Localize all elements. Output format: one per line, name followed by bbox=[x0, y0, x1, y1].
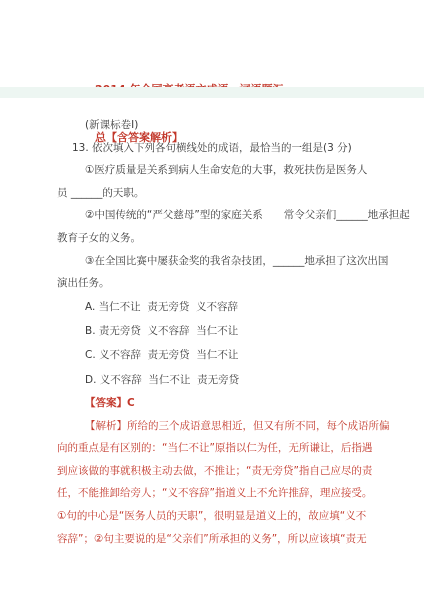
question-item-2-line-2: 教育子女的义务。 bbox=[57, 227, 397, 250]
analysis-line-5: ①句的中心是“医务人员的天职”，很明显是道义上的，故应填“义不 bbox=[57, 505, 397, 528]
question-stem: 13. 依次填入下列各句横线处的成语，最恰当的一组是(3 分) bbox=[57, 137, 397, 160]
analysis-line-3: 到应该做的事就积极主动去做，不推让；“责无旁贷”指自己应尽的责 bbox=[57, 460, 397, 483]
question-body: (新课标卷Ⅰ) 13. 依次填入下列各句横线处的成语，最恰当的一组是(3 分) … bbox=[57, 114, 397, 550]
option-row-d: D. 义不容辞 当仁不让 责无旁贷 bbox=[57, 368, 397, 392]
question-item-1-line-1: ①医疗质量是关系到病人生命安危的大事，救死扶伤是医务人 bbox=[57, 159, 397, 182]
analysis-line-2: 向的重点是有区别的：“当仁不让”原指以仁为任，无所谦让，后指遇 bbox=[57, 437, 397, 460]
option-row-b: B. 责无旁贷 义不容辞 当仁不让 bbox=[57, 319, 397, 343]
option-row-a: A. 当仁不让 责无旁贷 义不容辞 bbox=[57, 295, 397, 319]
analysis-line-6: 容辞”；②句主要说的是“父亲们”所承担的义务”，所以应该填“责无 bbox=[57, 528, 397, 551]
analysis-line-4: 任，不能推卸给旁人；“义不容辞”指道义上不允许推辞，理应接受。 bbox=[57, 482, 397, 505]
answer-label: 【答案】C bbox=[57, 392, 397, 415]
question-item-1-line-2: 员 ______的天职。 bbox=[57, 182, 397, 205]
question-item-2-line-1: ②中国传统的“严父慈母”型的家庭关系 常令父亲们______地承担起 bbox=[57, 204, 397, 227]
question-item-3-line-1: ③在全国比赛中屡获金奖的我省杂技团，______地承担了这次出国 bbox=[57, 250, 397, 273]
option-row-c: C. 义不容辞 责无旁贷 当仁不让 bbox=[57, 343, 397, 367]
question-item-3-line-2: 演出任务。 bbox=[57, 272, 397, 295]
analysis-line-1: 【解析】所给的三个成语意思相近，但又有所不同，每个成语所偏 bbox=[57, 415, 397, 438]
highlight-band bbox=[0, 87, 424, 98]
paper-label: (新课标卷Ⅰ) bbox=[57, 114, 397, 137]
